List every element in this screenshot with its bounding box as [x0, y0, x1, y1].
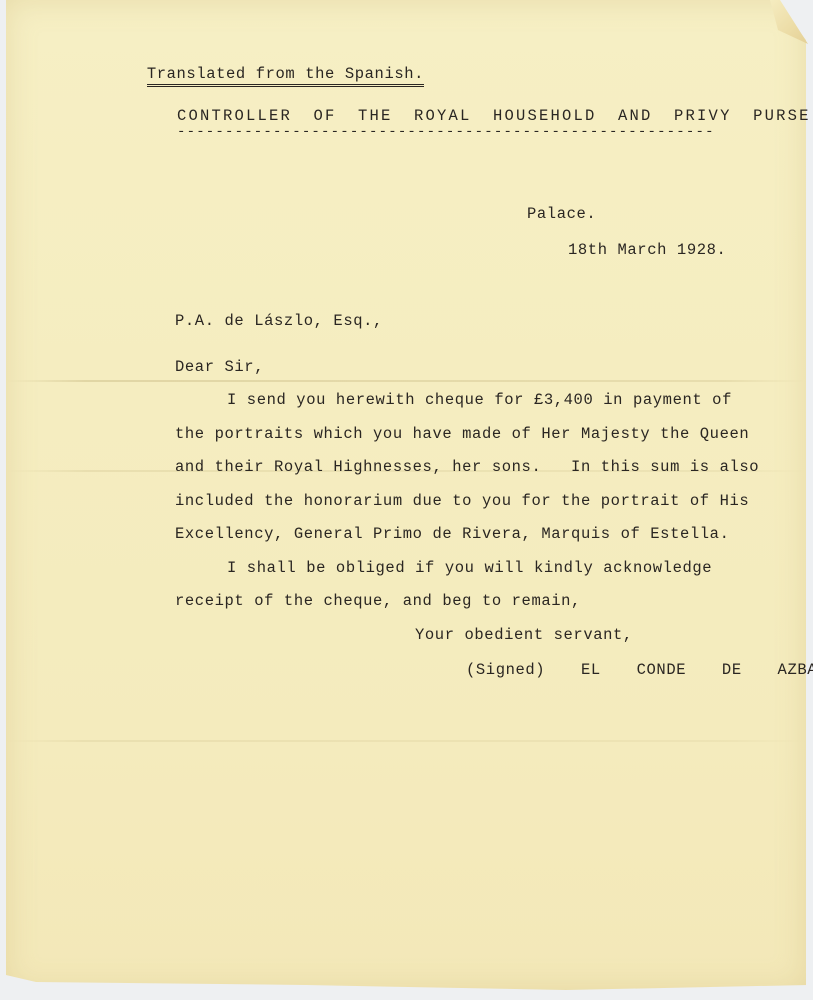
body-line-6: I shall be obliged if you will kindly ac…	[227, 558, 712, 578]
signature-line: (Signed) EL CONDE DE AZBAR.	[466, 660, 813, 680]
date-line: 18th March 1928.	[568, 240, 726, 260]
letterhead-title: CONTROLLER OF THE ROYAL HOUSEHOLD AND PR…	[177, 106, 813, 126]
body-line-3: and their Royal Highnesses, her sons. In…	[175, 457, 759, 477]
letterhead-rule: ----------------------------------------…	[177, 124, 747, 140]
translation-note: Translated from the Spanish.	[127, 44, 424, 84]
body-line-5: Excellency, General Primo de Rivera, Mar…	[175, 524, 729, 544]
place-line: Palace.	[527, 204, 596, 224]
body-line-1: I send you herewith cheque for £3,400 in…	[227, 390, 732, 410]
body-line-7: receipt of the cheque, and beg to remain…	[175, 591, 581, 611]
recipient-line: P.A. de Lászlo, Esq.,	[175, 311, 383, 331]
body-line-2: the portraits which you have made of Her…	[175, 424, 749, 444]
body-line-4: included the honorarium due to you for t…	[175, 491, 749, 511]
paper-fold-crease	[6, 740, 806, 742]
closing-line: Your obedient servant,	[415, 625, 633, 645]
translation-note-text: Translated from the Spanish.	[147, 65, 424, 87]
salutation: Dear Sir,	[175, 357, 264, 377]
paper-fold-crease	[6, 380, 806, 382]
